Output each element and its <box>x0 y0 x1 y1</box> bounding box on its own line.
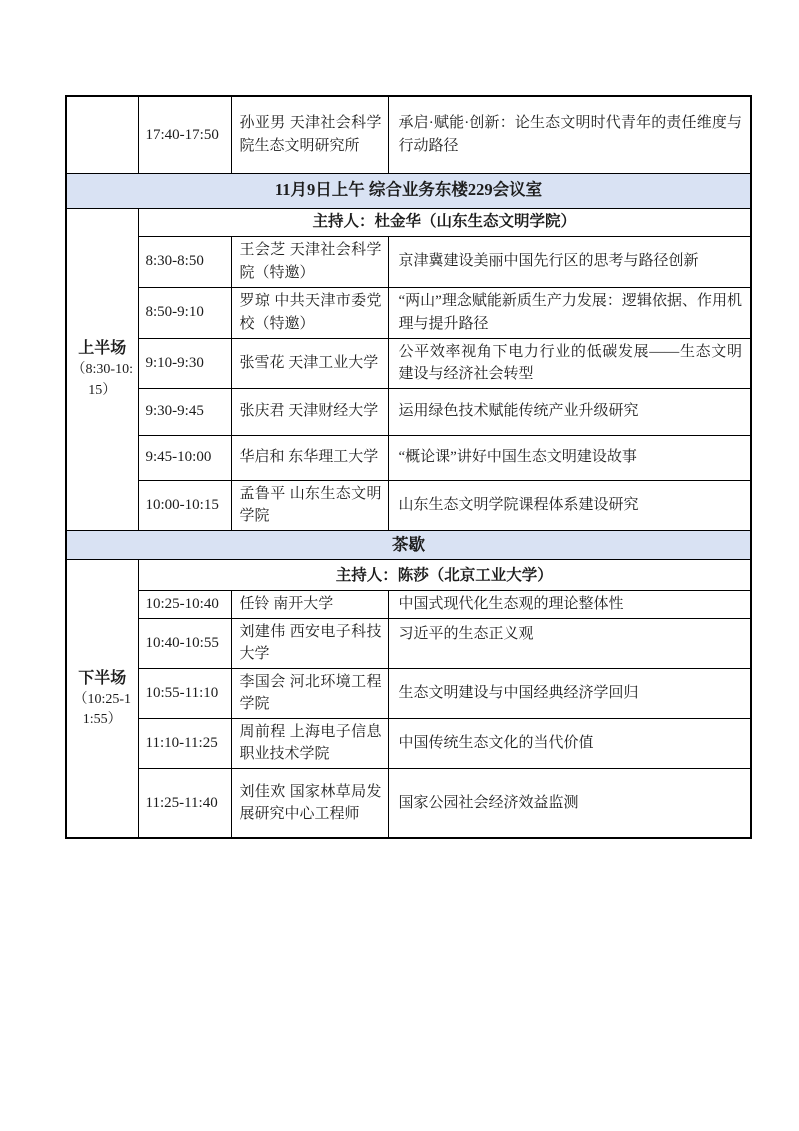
title-cell: 京津冀建设美丽中国先行区的思考与路径创新 <box>388 236 751 287</box>
time-cell: 11:10-11:25 <box>138 718 231 768</box>
speaker-cell: 罗琼 中共天津市委党校（特邀） <box>231 287 388 338</box>
table-row: 17:40-17:50 孙亚男 天津社会科学院生态文明研究所 承启·赋能·创新：… <box>66 96 751 173</box>
chair-cell: 主持人：杜金华（山东生态文明学院） <box>138 208 751 236</box>
speaker-cell: 周前程 上海电子信息职业技术学院 <box>231 718 388 768</box>
speaker-cell: 刘佳欢 国家林草局发展研究中心工程师 <box>231 768 388 838</box>
time-cell: 9:10-9:30 <box>138 338 231 388</box>
time-cell: 8:50-9:10 <box>138 287 231 338</box>
session-label-cell: 下半场 （10:25-11:55） <box>66 560 138 839</box>
chair-row: 下半场 （10:25-11:55） 主持人：陈莎（北京工业大学） <box>66 560 751 591</box>
speaker-cell: 王会芝 天津社会科学院（特邀） <box>231 236 388 287</box>
speaker-cell: 李国会 河北环境工程学院 <box>231 668 388 718</box>
speaker-cell: 任铃 南开大学 <box>231 591 388 619</box>
title-cell: 国家公园社会经济效益监测 <box>388 768 751 838</box>
speaker-cell: 孟鲁平 山东生态文明学院 <box>231 480 388 530</box>
session-time-range: （10:25-11:55） <box>70 690 135 731</box>
time-cell: 11:25-11:40 <box>138 768 231 838</box>
speaker-cell: 孙亚男 天津社会科学院生态文明研究所 <box>231 96 388 173</box>
time-cell: 9:45-10:00 <box>138 435 231 480</box>
speaker-cell: 华启和 东华理工大学 <box>231 435 388 480</box>
session-label: 上半场 <box>70 337 135 360</box>
table-row: 10:25-10:40 任铃 南开大学 中国式现代化生态观的理论整体性 <box>66 591 751 619</box>
time-cell: 10:40-10:55 <box>138 618 231 668</box>
tea-break-banner: 茶歇 <box>66 530 751 560</box>
session-label: 下半场 <box>70 667 135 690</box>
table-row: 9:45-10:00 华启和 东华理工大学 “概论课”讲好中国生态文明建设故事 <box>66 435 751 480</box>
table-row: 10:00-10:15 孟鲁平 山东生态文明学院 山东生态文明学院课程体系建设研… <box>66 480 751 530</box>
speaker-cell: 张庆君 天津财经大学 <box>231 388 388 435</box>
time-cell: 10:25-10:40 <box>138 591 231 619</box>
table-row: 8:30-8:50 王会芝 天津社会科学院（特邀） 京津冀建设美丽中国先行区的思… <box>66 236 751 287</box>
schedule-table: 17:40-17:50 孙亚男 天津社会科学院生态文明研究所 承启·赋能·创新：… <box>65 95 752 839</box>
table-row: 10:40-10:55 刘建伟 西安电子科技大学 习近平的生态正义观 <box>66 618 751 668</box>
title-cell: 中国传统生态文化的当代价值 <box>388 718 751 768</box>
session-time-range: （8:30-10:15） <box>70 360 135 401</box>
title-cell: 公平效率视角下电力行业的低碳发展——生态文明建设与经济社会转型 <box>388 338 751 388</box>
table-row: 8:50-9:10 罗琼 中共天津市委党校（特邀） “两山”理念赋能新质生产力发… <box>66 287 751 338</box>
speaker-cell: 张雪花 天津工业大学 <box>231 338 388 388</box>
banner-row: 11月9日上午 综合业务东楼229会议室 <box>66 173 751 208</box>
document-page: 17:40-17:50 孙亚男 天津社会科学院生态文明研究所 承启·赋能·创新：… <box>0 0 799 1131</box>
time-cell: 10:55-11:10 <box>138 668 231 718</box>
time-cell: 17:40-17:50 <box>138 96 231 173</box>
title-cell: 中国式现代化生态观的理论整体性 <box>388 591 751 619</box>
session-banner: 11月9日上午 综合业务东楼229会议室 <box>66 173 751 208</box>
speaker-cell: 刘建伟 西安电子科技大学 <box>231 618 388 668</box>
time-cell: 10:00-10:15 <box>138 480 231 530</box>
title-cell: 承启·赋能·创新：论生态文明时代青年的责任维度与行动路径 <box>388 96 751 173</box>
table-row: 10:55-11:10 李国会 河北环境工程学院 生态文明建设与中国经典经济学回… <box>66 668 751 718</box>
table-row: 11:10-11:25 周前程 上海电子信息职业技术学院 中国传统生态文化的当代… <box>66 718 751 768</box>
chair-row: 上半场 （8:30-10:15） 主持人：杜金华（山东生态文明学院） <box>66 208 751 236</box>
chair-cell: 主持人：陈莎（北京工业大学） <box>138 560 751 591</box>
banner-row: 茶歇 <box>66 530 751 560</box>
table-row: 9:10-9:30 张雪花 天津工业大学 公平效率视角下电力行业的低碳发展——生… <box>66 338 751 388</box>
title-cell: 山东生态文明学院课程体系建设研究 <box>388 480 751 530</box>
title-cell: 习近平的生态正义观 <box>388 618 751 668</box>
table-row: 11:25-11:40 刘佳欢 国家林草局发展研究中心工程师 国家公园社会经济效… <box>66 768 751 838</box>
title-cell: “概论课”讲好中国生态文明建设故事 <box>388 435 751 480</box>
title-cell: 运用绿色技术赋能传统产业升级研究 <box>388 388 751 435</box>
time-cell: 8:30-8:50 <box>138 236 231 287</box>
table-row: 9:30-9:45 张庆君 天津财经大学 运用绿色技术赋能传统产业升级研究 <box>66 388 751 435</box>
empty-session-cell <box>66 96 138 173</box>
title-cell: “两山”理念赋能新质生产力发展：逻辑依据、作用机理与提升路径 <box>388 287 751 338</box>
session-label-cell: 上半场 （8:30-10:15） <box>66 208 138 530</box>
time-cell: 9:30-9:45 <box>138 388 231 435</box>
title-cell: 生态文明建设与中国经典经济学回归 <box>388 668 751 718</box>
